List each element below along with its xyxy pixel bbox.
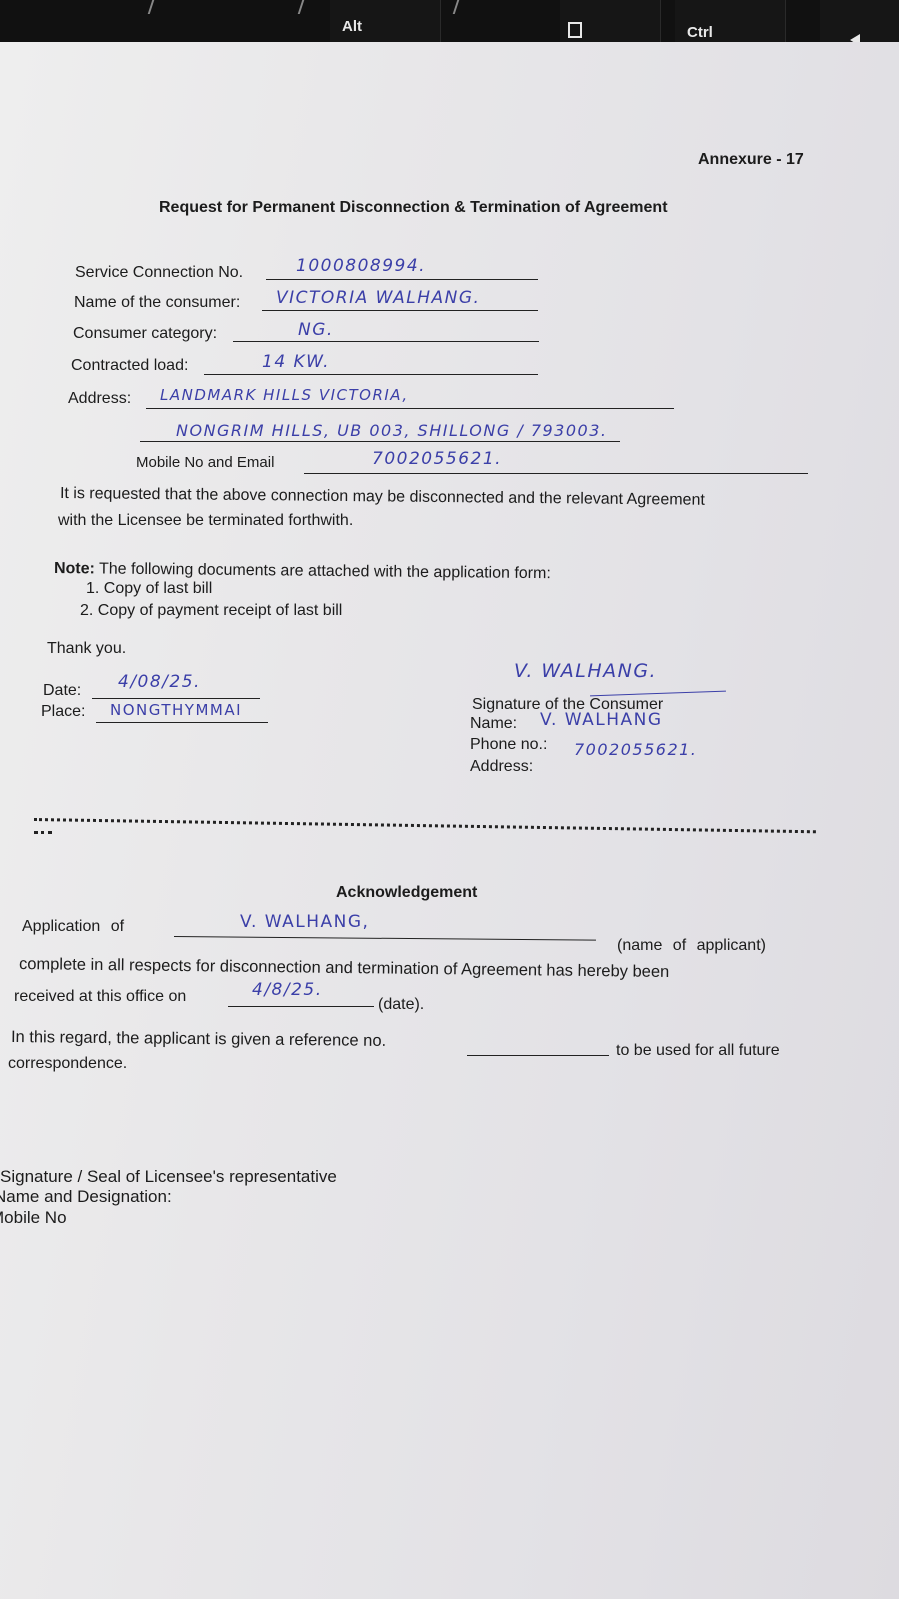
contracted-load-label: Contracted load:	[71, 357, 188, 375]
note-label: Note:	[54, 560, 95, 577]
address-line-2: NONGRIM HILLS, UB 003, SHILLONG / 793003…	[176, 421, 607, 440]
reference-no-field	[467, 1055, 609, 1056]
service-connection-label: Service Connection No.	[75, 264, 243, 282]
sig-name-label: Name:	[470, 715, 517, 733]
category-value: NG.	[298, 320, 334, 340]
underline	[204, 374, 538, 375]
consumer-signature: V. WALHANG.	[514, 660, 657, 682]
underline	[146, 408, 674, 409]
mobile-email-label: Mobile No and Email	[136, 454, 274, 471]
alt-key: Alt	[330, 0, 441, 44]
mobile-email-value: 7002055621.	[372, 449, 502, 469]
key-edge	[148, 0, 155, 14]
received-text: received at this office on	[14, 988, 186, 1006]
licensee-mobile-label: Mobile No	[0, 1208, 67, 1228]
contracted-load-value: 14 KW.	[262, 352, 330, 372]
document-title: Request for Permanent Disconnection & Te…	[159, 199, 668, 217]
underline	[304, 473, 808, 474]
consumer-name-value: VICTORIA WALHANG.	[276, 288, 480, 308]
sig-phone-value: 7002055621.	[574, 740, 697, 759]
underline	[266, 279, 538, 280]
request-text-line-2: with the Licensee be terminated forthwit…	[58, 512, 353, 530]
menu-key-icon	[568, 22, 582, 38]
thank-you-text: Thank you.	[47, 640, 126, 658]
acknowledgement-heading: Acknowledgement	[336, 884, 477, 902]
licensee-signature-label: Signature / Seal of Licensee's represent…	[0, 1167, 337, 1187]
arrow-key	[820, 0, 899, 44]
underline	[92, 698, 260, 699]
key-edge	[298, 0, 305, 14]
underline	[233, 341, 539, 342]
ctrl-key: Ctrl	[675, 0, 786, 44]
application-of-label: Application of	[22, 918, 124, 936]
address-line-1: LANDMARK HILLS VICTORIA,	[160, 386, 409, 404]
note-text: The following documents are attached wit…	[99, 560, 551, 582]
licensee-name-label: Name and Designation:	[0, 1187, 172, 1207]
sig-address-label: Address:	[470, 758, 533, 776]
place-label: Place:	[41, 703, 85, 721]
underline	[228, 1006, 374, 1007]
correspondence-text: correspondence.	[8, 1055, 127, 1073]
cut-line-tail	[34, 831, 52, 834]
received-date-value: 4/8/25.	[252, 980, 323, 1000]
attachment-item: 1. Copy of last bill	[86, 580, 212, 598]
category-label: Consumer category:	[73, 325, 217, 343]
date-value: 4/08/25.	[118, 672, 201, 692]
date-label: Date:	[43, 682, 81, 700]
underline	[262, 310, 538, 311]
keyboard-strip: Alt Ctrl	[0, 0, 899, 48]
key-edge	[453, 0, 460, 14]
menu-key	[560, 0, 661, 44]
service-connection-value: 1000808994.	[296, 256, 426, 276]
date-suffix: (date).	[378, 996, 424, 1014]
reference-text: In this regard, the applicant is given a…	[11, 1028, 386, 1051]
future-text: to be used for all future	[616, 1042, 780, 1060]
annexure-label: Annexure - 17	[698, 151, 804, 169]
sig-name-value: V. WALHANG	[540, 710, 663, 730]
consumer-name-label: Name of the consumer:	[74, 294, 240, 312]
address-label: Address:	[68, 390, 131, 408]
applicant-name-value: V. WALHANG,	[240, 912, 369, 932]
sig-phone-label: Phone no.:	[470, 736, 547, 754]
name-of-applicant-label: (name of applicant)	[617, 937, 766, 955]
underline	[96, 722, 268, 723]
underline	[140, 441, 620, 442]
place-value: NONGTHYMMAI	[110, 701, 242, 719]
attachment-item: 2. Copy of payment receipt of last bill	[80, 602, 342, 620]
